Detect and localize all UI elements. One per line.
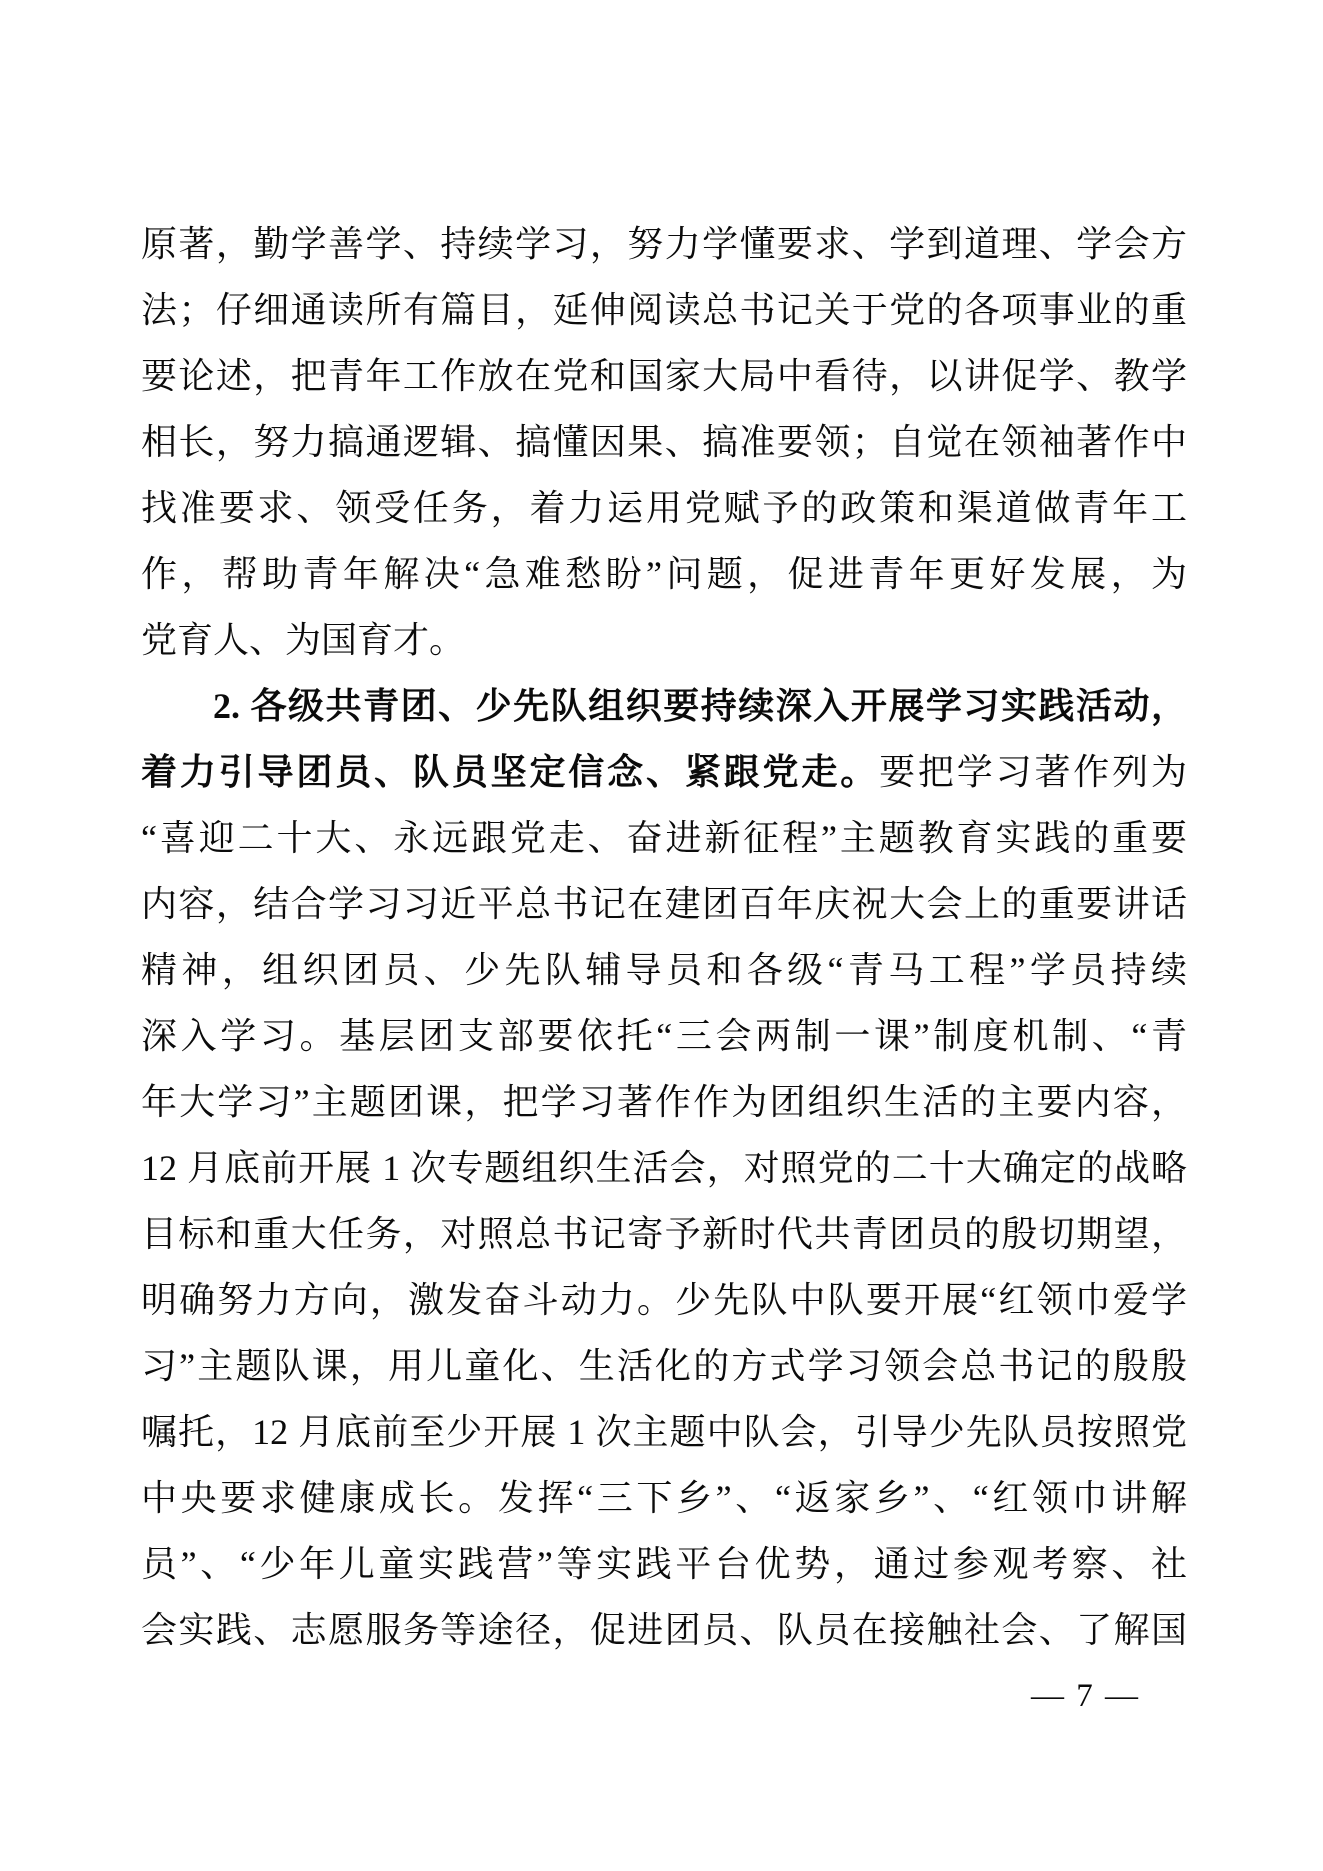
- text-line: 2. 各级共青团、少先队组织要持续深入开展学习实践活动，: [141, 673, 1187, 739]
- text-run: 法；仔细通读所有篇目，延伸阅读总书记关于党的各项事业的重: [141, 290, 1187, 330]
- text-line: 找准要求、领受任务，着力运用党赋予的政策和渠道做青年工: [141, 475, 1187, 541]
- text-run: “喜迎二十大、永远跟党走、奋进新征程”主题教育实践的重要: [141, 818, 1187, 858]
- page-number: — 7 —: [1031, 1672, 1140, 1720]
- text-line: 要论述，把青年工作放在党和国家大局中看待，以讲促学、教学: [141, 343, 1187, 409]
- text-run: 中央要求健康成长。发挥“三下乡”、“返家乡”、“红领巾讲解: [141, 1478, 1187, 1518]
- text-run: 年大学习”主题团课，把学习著作作为团组织生活的主要内容，: [141, 1082, 1187, 1122]
- text-run: 党育人、为国育才。: [141, 620, 465, 660]
- text-line: 深入学习。基层团支部要依托“三会两制一课”制度机制、“青: [141, 1003, 1187, 1069]
- text-line: 中央要求健康成长。发挥“三下乡”、“返家乡”、“红领巾讲解: [141, 1465, 1187, 1531]
- text-line: 目标和重大任务，对照总书记寄予新时代共青团员的殷切期望，: [141, 1201, 1187, 1267]
- text-run: 嘱托，12 月底前至少开展 1 次主题中队会，引导少先队员按照党: [141, 1412, 1187, 1452]
- text-run: 内容，结合学习习近平总书记在建团百年庆祝大会上的重要讲话: [141, 884, 1187, 924]
- text-line: 明确努力方向，激发奋斗动力。少先队中队要开展“红领巾爱学: [141, 1267, 1187, 1333]
- text-run: 要论述，把青年工作放在党和国家大局中看待，以讲促学、教学: [141, 356, 1187, 396]
- text-run: 作，帮助青年解决“急难愁盼”问题，促进青年更好发展，为: [141, 554, 1187, 594]
- text-line: 法；仔细通读所有篇目，延伸阅读总书记关于党的各项事业的重: [141, 277, 1187, 343]
- emphasized-text-run: 2. 各级共青团、少先队组织要持续深入开展学习实践活动，: [213, 686, 1187, 726]
- text-run: 原著，勤学善学、持续学习，努力学懂要求、学到道理、学会方: [141, 224, 1187, 264]
- text-line: 精神，组织团员、少先队辅导员和各级“青马工程”学员持续: [141, 937, 1187, 1003]
- text-line: 员”、“少年儿童实践营”等实践平台优势，通过参观考察、社: [141, 1531, 1187, 1597]
- text-line: 内容，结合学习习近平总书记在建团百年庆祝大会上的重要讲话: [141, 871, 1187, 937]
- text-run: 相长，努力搞通逻辑、搞懂因果、搞准要领；自觉在领袖著作中: [141, 422, 1187, 462]
- text-line: 习”主题队课，用儿童化、生活化的方式学习领会总书记的殷殷: [141, 1333, 1187, 1399]
- emphasized-text-run: 着力引导团员、队员坚定信念、紧跟党走。: [141, 752, 879, 792]
- text-line: 嘱托，12 月底前至少开展 1 次主题中队会，引导少先队员按照党: [141, 1399, 1187, 1465]
- text-run: 员”、“少年儿童实践营”等实践平台优势，通过参观考察、社: [141, 1544, 1187, 1584]
- text-run: 会实践、志愿服务等途径，促进团员、队员在接触社会、了解国: [141, 1610, 1187, 1650]
- text-line: “喜迎二十大、永远跟党走、奋进新征程”主题教育实践的重要: [141, 805, 1187, 871]
- document-body-text: 原著，勤学善学、持续学习，努力学懂要求、学到道理、学会方法；仔细通读所有篇目，延…: [141, 211, 1187, 1663]
- text-run: 深入学习。基层团支部要依托“三会两制一课”制度机制、“青: [141, 1016, 1187, 1056]
- text-line: 着力引导团员、队员坚定信念、紧跟党走。要把学习著作列为: [141, 739, 1187, 805]
- text-run: 找准要求、领受任务，着力运用党赋予的政策和渠道做青年工: [141, 488, 1187, 528]
- text-run: 精神，组织团员、少先队辅导员和各级“青马工程”学员持续: [141, 950, 1187, 990]
- text-line: 会实践、志愿服务等途径，促进团员、队员在接触社会、了解国: [141, 1597, 1187, 1663]
- text-run: 明确努力方向，激发奋斗动力。少先队中队要开展“红领巾爱学: [141, 1280, 1187, 1320]
- text-line: 作，帮助青年解决“急难愁盼”问题，促进青年更好发展，为: [141, 541, 1187, 607]
- text-line: 党育人、为国育才。: [141, 607, 1187, 673]
- text-run: 习”主题队课，用儿童化、生活化的方式学习领会总书记的殷殷: [141, 1346, 1187, 1386]
- text-run: 要把学习著作列为: [879, 752, 1187, 792]
- document-page: 原著，勤学善学、持续学习，努力学懂要求、学到道理、学会方法；仔细通读所有篇目，延…: [0, 0, 1323, 1871]
- text-line: 相长，努力搞通逻辑、搞懂因果、搞准要领；自觉在领袖著作中: [141, 409, 1187, 475]
- text-line: 原著，勤学善学、持续学习，努力学懂要求、学到道理、学会方: [141, 211, 1187, 277]
- text-run: 12 月底前开展 1 次专题组织生活会，对照党的二十大确定的战略: [141, 1148, 1187, 1188]
- text-run: 目标和重大任务，对照总书记寄予新时代共青团员的殷切期望，: [141, 1214, 1187, 1254]
- text-line: 12 月底前开展 1 次专题组织生活会，对照党的二十大确定的战略: [141, 1135, 1187, 1201]
- text-line: 年大学习”主题团课，把学习著作作为团组织生活的主要内容，: [141, 1069, 1187, 1135]
